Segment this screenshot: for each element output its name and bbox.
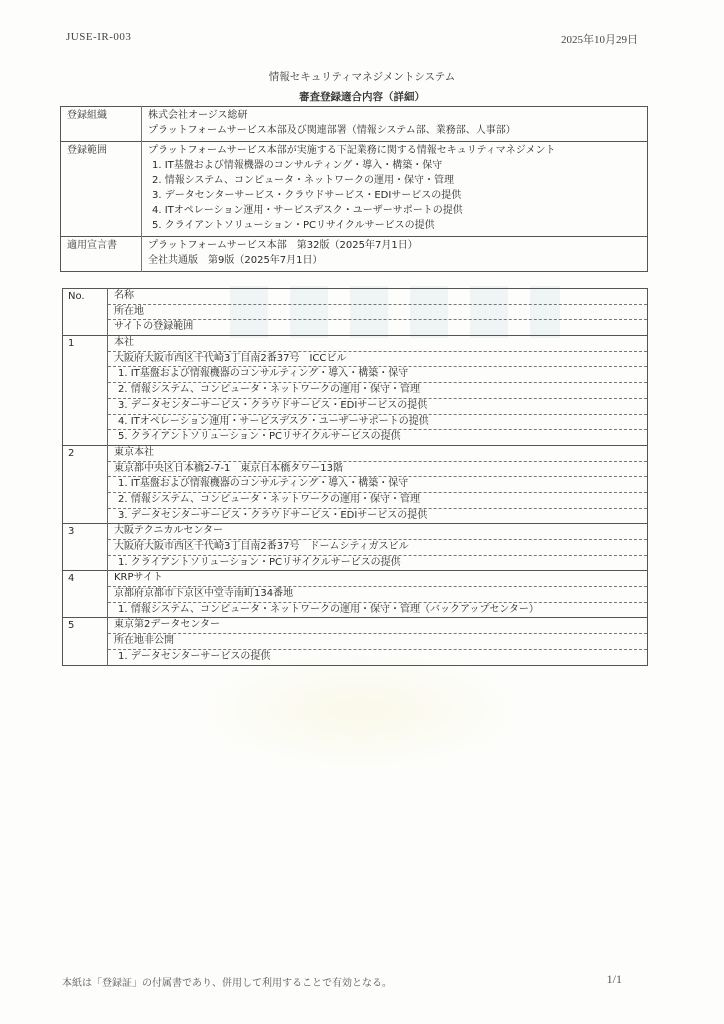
site-no: 5 (63, 618, 108, 665)
site-name: 東京第2データセンター (108, 618, 647, 634)
site-address: 大阪府大阪市西区千代崎3丁目南2番37号 ICCビル (108, 352, 647, 368)
watermark (200, 650, 520, 770)
site-address: 京都府京都市下京区中堂寺南町134番地 (108, 587, 647, 603)
declaration-value: プラットフォームサービス本部 第32版（2025年7月1日） 全社共通版 第9版… (142, 237, 648, 272)
site-content: 東京第2データセンター 所在地非公開 1. データセンターサービスの提供 (108, 618, 648, 665)
site-address: 所在地非公開 (108, 634, 647, 650)
document-id: JUSE-IR-003 (66, 31, 131, 43)
site-scope-item: 3. データセンターサービス・クラウドサービス・EDIサービスの提供 (108, 509, 647, 524)
site-content: 大阪テクニカルセンター 大阪府大阪市西区千代崎3丁目南2番37号 ドームシティガ… (108, 524, 648, 571)
sites-header-row: No. 名称 所在地 サイトの登録範囲 (63, 289, 648, 336)
site-content: 東京本社 東京都中央区日本橋2-7-1 東京日本橋タワー13階 1. IT基盤お… (108, 445, 648, 523)
organization-line: プラットフォームサービス本部及び関連部署（情報システム部、業務部、人事部） (148, 123, 641, 138)
site-name: 本社 (108, 336, 647, 352)
scope-value: プラットフォームサービス本部が実施する下記業務に関する情報セキュリティマネジメン… (142, 142, 648, 237)
scope-item: 1. IT基盤および情報機器のコンサルティング・導入・構築・保守 (148, 158, 641, 173)
scope-item: 3. データセンターサービス・クラウドサービス・EDIサービスの提供 (148, 188, 641, 203)
header-name: 名称 (108, 289, 647, 305)
registration-summary-table: 登録組織 株式会社オージス総研 プラットフォームサービス本部及び関連部署（情報シ… (60, 106, 648, 272)
document-title: 情報セキュリティマネジメントシステム (0, 69, 724, 84)
table-row: 2 東京本社 東京都中央区日本橋2-7-1 東京日本橋タワー13階 1. IT基… (63, 445, 648, 523)
site-scope-item: 1. IT基盤および情報機器のコンサルティング・導入・構築・保守 (108, 477, 647, 493)
site-scope-item: 3. データセンターサービス・クラウドサービス・EDIサービスの提供 (108, 399, 647, 415)
table-row: 4 KRPサイト 京都府京都市下京区中堂寺南町134番地 1. 情報システム、コ… (63, 571, 648, 618)
header-address: 所在地 (108, 305, 647, 321)
site-content: 本社 大阪府大阪市西区千代崎3丁目南2番37号 ICCビル 1. IT基盤および… (108, 336, 648, 446)
header-content: 名称 所在地 サイトの登録範囲 (108, 289, 648, 336)
header-no: No. (63, 289, 108, 336)
scope-intro: プラットフォームサービス本部が実施する下記業務に関する情報セキュリティマネジメン… (148, 143, 641, 158)
site-content: KRPサイト 京都府京都市下京区中堂寺南町134番地 1. 情報システム、コンピ… (108, 571, 648, 618)
site-scope-item: 1. データセンターサービスの提供 (108, 650, 647, 665)
site-address: 大阪府大阪市西区千代崎3丁目南2番37号 ドームシティガスビル (108, 540, 647, 556)
organization-value: 株式会社オージス総研 プラットフォームサービス本部及び関連部署（情報システム部、… (142, 107, 648, 142)
scope-item: 2. 情報システム、コンピュータ・ネットワークの運用・保守・管理 (148, 173, 641, 188)
declaration-row: 適用宣言書 プラットフォームサービス本部 第32版（2025年7月1日） 全社共… (61, 237, 648, 272)
document-subtitle: 審査登録適合内容（詳細） (0, 89, 724, 104)
site-scope-item: 1. IT基盤および情報機器のコンサルティング・導入・構築・保守 (108, 367, 647, 383)
table-row: 1 本社 大阪府大阪市西区千代崎3丁目南2番37号 ICCビル 1. IT基盤お… (63, 336, 648, 446)
site-scope-item: 1. クライアントソリューション・PCリサイクルサービスの提供 (108, 556, 647, 571)
declaration-line: プラットフォームサービス本部 第32版（2025年7月1日） (148, 238, 641, 253)
site-scope-item: 2. 情報システム、コンピュータ・ネットワークの運用・保守・管理 (108, 493, 647, 509)
scope-row: 登録範囲 プラットフォームサービス本部が実施する下記業務に関する情報セキュリティ… (61, 142, 648, 237)
organization-row: 登録組織 株式会社オージス総研 プラットフォームサービス本部及び関連部署（情報シ… (61, 107, 648, 142)
site-scope-item: 1. 情報システム、コンピュータ・ネットワークの運用・保守・管理（バックアップセ… (108, 603, 647, 618)
sites-table: No. 名称 所在地 サイトの登録範囲 1 本社 大阪府大阪市西区千代崎3丁目南… (62, 288, 648, 666)
site-no: 1 (63, 336, 108, 446)
scope-item: 5. クライアントソリューション・PCリサイクルサービスの提供 (148, 218, 641, 233)
site-no: 3 (63, 524, 108, 571)
declaration-line: 全社共通版 第9版（2025年7月1日） (148, 253, 641, 268)
site-name: 大阪テクニカルセンター (108, 524, 647, 540)
footer-note: 本紙は「登録証」の付属書であり、併用して利用することで有効となる。 (62, 974, 392, 989)
header-scope: サイトの登録範囲 (108, 320, 647, 335)
site-scope-item: 2. 情報システム、コンピュータ・ネットワークの運用・保守・管理 (108, 383, 647, 399)
organization-label: 登録組織 (61, 107, 142, 142)
site-scope-item: 5. クライアントソリューション・PCリサイクルサービスの提供 (108, 430, 647, 445)
table-row: 3 大阪テクニカルセンター 大阪府大阪市西区千代崎3丁目南2番37号 ドームシテ… (63, 524, 648, 571)
scope-item: 4. ITオペレーション運用・サービスデスク・ユーザーサポートの提供 (148, 203, 641, 218)
page-number: 1/1 (607, 972, 622, 987)
table-row: 5 東京第2データセンター 所在地非公開 1. データセンターサービスの提供 (63, 618, 648, 665)
site-name: 東京本社 (108, 446, 647, 462)
site-name: KRPサイト (108, 571, 647, 587)
scope-label: 登録範囲 (61, 142, 142, 237)
site-address: 東京都中央区日本橋2-7-1 東京日本橋タワー13階 (108, 462, 647, 478)
organization-line: 株式会社オージス総研 (148, 108, 641, 123)
site-scope-item: 4. ITオペレーション運用・サービスデスク・ユーザーサポートの提供 (108, 415, 647, 431)
declaration-label: 適用宣言書 (61, 237, 142, 272)
site-no: 2 (63, 445, 108, 523)
document-date: 2025年10月29日 (561, 31, 638, 47)
site-no: 4 (63, 571, 108, 618)
